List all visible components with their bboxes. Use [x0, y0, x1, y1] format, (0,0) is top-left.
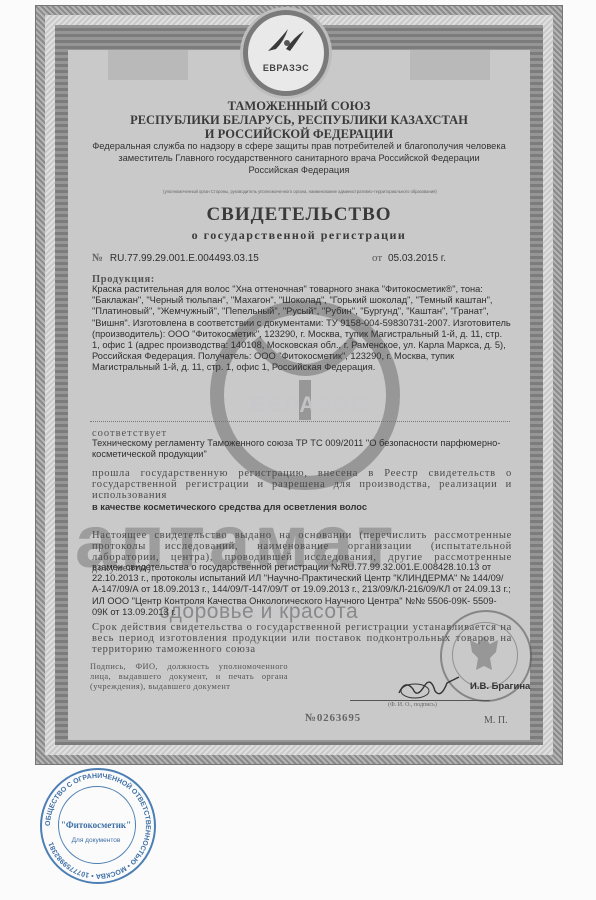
document-subtitle: о государственной регистрации	[68, 228, 530, 243]
eurasec-logo-icon	[266, 25, 306, 53]
signature-line	[350, 700, 490, 701]
watermark-eurasec-text: ЕВРАЗЭС	[250, 392, 369, 418]
authority-caption: (уполномоченный орган Стороны, руководит…	[115, 189, 485, 194]
caption-dotted-line	[90, 421, 510, 424]
union-line-2: РЕСПУБЛИКИ БЕЛАРУСЬ, РЕСПУБЛИКИ КАЗАХСТА…	[68, 113, 530, 127]
union-line-1: ТАМОЖЕННЫЙ СОЮЗ	[68, 99, 530, 113]
double-headed-eagle-icon	[462, 630, 506, 676]
certificate-number-row: № RU.77.99.29.001.E.004493.03.15	[92, 252, 259, 264]
eurasec-emblem: ЕВРАЗЭС	[243, 10, 329, 96]
signature-caption: Подпись, ФИО, должность уполномоченного …	[90, 662, 288, 692]
authority-line-2: заместитель Главного государственного са…	[68, 152, 530, 164]
document-title: СВИДЕТЕЛЬСТВО	[68, 204, 530, 226]
handwritten-signature-icon	[395, 673, 465, 703]
signer-name: И.В. Брагина	[470, 681, 530, 692]
seal-company-name: "Фитокосметик"	[52, 820, 140, 830]
authority-line-1: Федеральная служба по надзору в сфере за…	[68, 140, 530, 152]
date-prefix: от	[372, 252, 382, 264]
form-number: №0263695	[305, 712, 361, 724]
authority-line-3: Российская Федерация	[68, 164, 530, 176]
certificate-number: RU.77.99.29.001.E.004493.03.15	[110, 253, 259, 264]
seal-subtitle: Для документов	[52, 837, 140, 844]
number-prefix: №	[92, 252, 103, 264]
union-line-3: И РОССИЙСКОЙ ФЕДЕРАЦИИ	[68, 127, 530, 141]
corner-pattern-right	[410, 50, 490, 80]
registration-text: прошла государственную регистрацию, внес…	[92, 468, 512, 501]
conformity-text: Техническому регламенту Таможенного союз…	[92, 438, 512, 460]
stamp-place: М. П.	[484, 715, 508, 726]
fio-caption: (Ф. И. О., подпись)	[388, 702, 437, 708]
emblem-label: ЕВРАЗЭС	[248, 63, 324, 73]
basis-details: взамен свидетельства о государственной р…	[92, 562, 512, 618]
certificate-date: 05.03.2015 г.	[388, 253, 446, 264]
corner-pattern-left	[108, 50, 188, 80]
product-description: Краска растительная для волос "Хна оттен…	[92, 284, 512, 374]
certificate-date-row: от 05.03.2015 г.	[372, 252, 446, 264]
registration-usage: в качестве косметического средства для о…	[92, 502, 512, 513]
